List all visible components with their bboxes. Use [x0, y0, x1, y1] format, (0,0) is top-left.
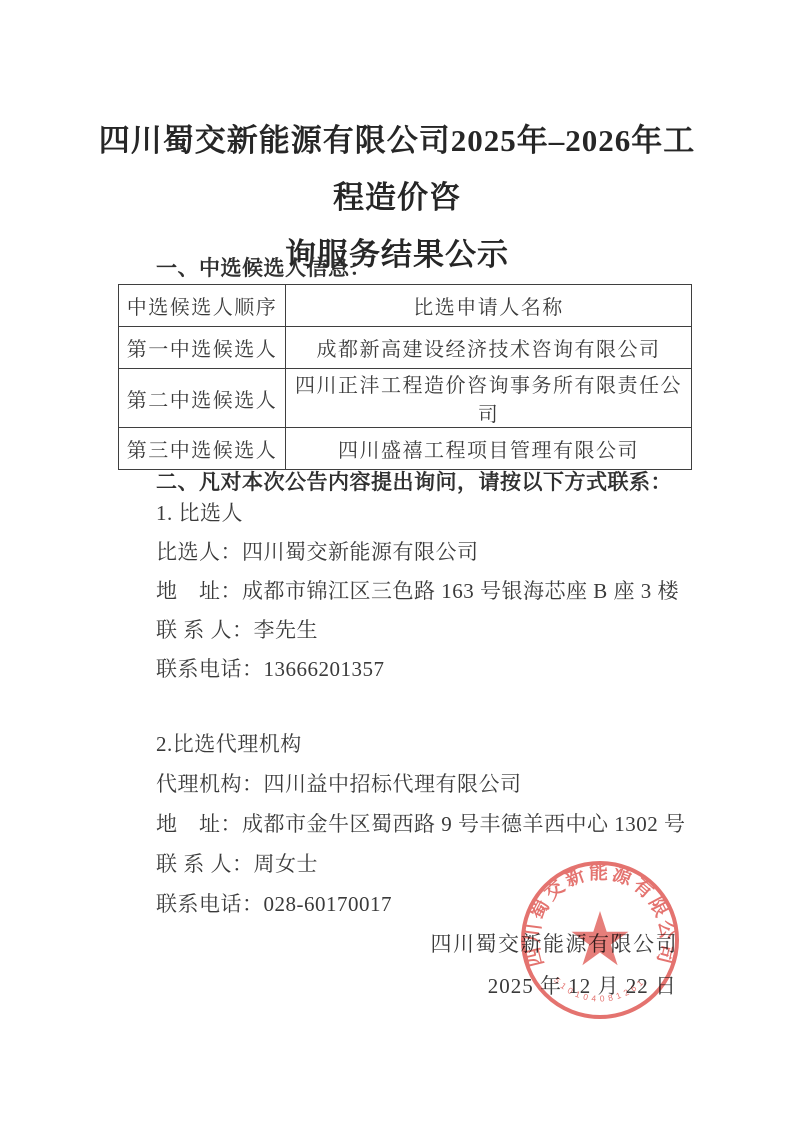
agency-block-title: 2.比选代理机构	[156, 724, 686, 764]
signature-date: 2025 年 12 月 22 日	[488, 970, 677, 1000]
bidder-contact-person-line: 联 系 人：李先生	[156, 611, 679, 650]
header-cell-order: 中选候选人顺序	[119, 285, 286, 327]
table-row: 第一中选候选人 成都新高建设经济技术咨询有限公司	[119, 327, 692, 369]
contact-section-heading: 二、凡对本次公告内容提出询问，请按以下方式联系：	[156, 466, 672, 496]
signature-company: 四川蜀交新能源有限公司	[431, 928, 679, 958]
bidder-block-title: 1. 比选人	[156, 494, 679, 533]
cell-company-2: 四川正沣工程造价咨询事务所有限责任公司	[286, 369, 692, 428]
table-row: 第三中选候选人 四川盛禧工程项目管理有限公司	[119, 428, 692, 470]
bidder-address-line: 地 址：成都市锦江区三色路 163 号银海芯座 B 座 3 楼	[156, 572, 679, 611]
document-title-line1: 四川蜀交新能源有限公司2025年–2026年工程造价咨	[97, 112, 697, 226]
announcement-page: 四川蜀交新能源有限公司2025年–2026年工程造价咨 询服务结果公示 一、中选…	[0, 0, 794, 1123]
bidder-name-line: 比选人：四川蜀交新能源有限公司	[156, 533, 679, 572]
cell-company-3: 四川盛禧工程项目管理有限公司	[286, 428, 692, 470]
agency-address-line: 地 址：成都市金牛区蜀西路 9 号丰德羊西中心 1302 号	[156, 804, 686, 844]
header-cell-name: 比选申请人名称	[286, 285, 692, 327]
table-row: 第二中选候选人 四川正沣工程造价咨询事务所有限责任公司	[119, 369, 692, 428]
bidder-contact-block: 1. 比选人 比选人：四川蜀交新能源有限公司 地 址：成都市锦江区三色路 163…	[156, 494, 679, 689]
candidates-table: 中选候选人顺序 比选申请人名称 第一中选候选人 成都新高建设经济技术咨询有限公司…	[118, 284, 692, 470]
agency-contact-person-line: 联 系 人：周女士	[156, 844, 686, 884]
agency-phone-line: 联系电话：028-60170017	[156, 884, 686, 924]
cell-rank-3: 第三中选候选人	[119, 428, 286, 470]
agency-name-line: 代理机构：四川益中招标代理有限公司	[156, 764, 686, 804]
table-header-row: 中选候选人顺序 比选申请人名称	[119, 285, 692, 327]
winners-section-heading: 一、中选候选人信息：	[156, 252, 371, 282]
cell-rank-2: 第二中选候选人	[119, 369, 286, 428]
cell-company-1: 成都新高建设经济技术咨询有限公司	[286, 327, 692, 369]
bidder-phone-line: 联系电话：13666201357	[156, 650, 679, 689]
cell-rank-1: 第一中选候选人	[119, 327, 286, 369]
agency-contact-block: 2.比选代理机构 代理机构：四川益中招标代理有限公司 地 址：成都市金牛区蜀西路…	[156, 724, 686, 924]
